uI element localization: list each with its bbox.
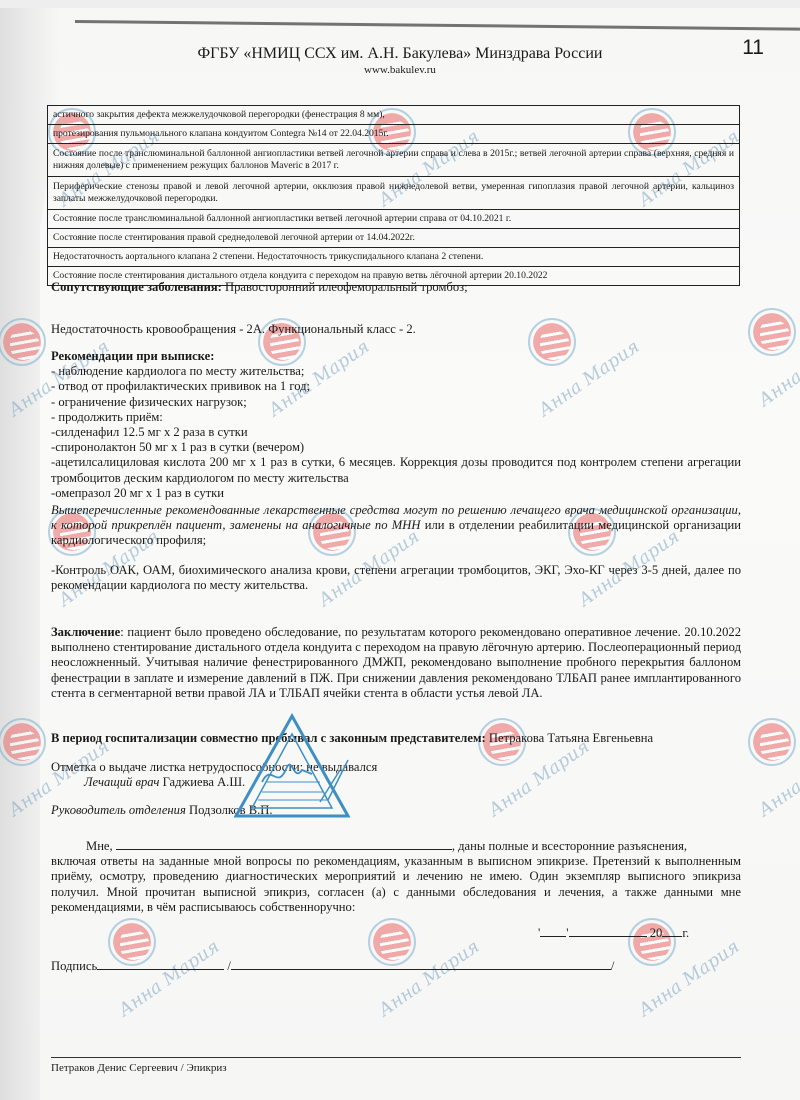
signature-field[interactable]: [97, 957, 224, 970]
table-row: протезирования пульмонального клапана ко…: [48, 125, 740, 144]
attending-doctor-role: Лечащий врач: [84, 775, 159, 789]
date-day-field[interactable]: [540, 924, 566, 937]
table-cell: Периферические стенозы правой и левой ле…: [48, 177, 740, 210]
table-row: Состояние после транслюминальной баллонн…: [48, 144, 740, 177]
department-head: Руководитель отделения Подзолков В.П.: [51, 803, 741, 818]
consent-date: '' 20г.: [538, 924, 758, 941]
recommendation-item: - отвод от профилактических прививок на …: [51, 379, 741, 394]
footer-text: Петраков Денис Сергеевич / Эпикриз: [51, 1062, 227, 1074]
table-row: Недостаточность аортального клапана 2 ст…: [48, 248, 740, 267]
circulatory-failure: Недостаточность кровообращения - 2А. Фун…: [51, 322, 741, 337]
comorbidities-value: Правосторонний илеофеморальный тромбоз;: [222, 280, 468, 294]
date-year-field[interactable]: [662, 924, 682, 937]
watermark-logo-icon: Анна Мария: [620, 908, 684, 998]
watermark-logo-icon: Анна Мария: [740, 298, 800, 388]
table-row: Состояние после стентирования правой сре…: [48, 229, 740, 248]
date-year-prefix: 20: [650, 926, 663, 940]
consent-name-field[interactable]: [116, 837, 452, 850]
recommendation-item: - ограничение физических нагрузок;: [51, 395, 741, 410]
consent-suffix: , даны полные и всесторонние разъяснения…: [452, 839, 687, 853]
signature-line: Подпись //: [51, 957, 741, 974]
footer-divider: [51, 1057, 741, 1058]
official-stamp-icon: [232, 712, 352, 822]
recommendations-section: Рекомендации при выписке: - наблюдение к…: [51, 349, 741, 501]
representative-name: Петракова Татьяна Евгеньевна: [486, 731, 653, 745]
comorbidities: Сопутствующие заболевания: Правосторонни…: [51, 280, 741, 295]
sick-leave-note: Отметка о выдаче листка нетрудоспособнос…: [51, 760, 741, 775]
consent-block: Мне, , даны полные и всесторонние разъяс…: [51, 837, 741, 915]
watermark-logo-icon: Анна Мария: [100, 908, 164, 998]
recommendation-item: - наблюдение кардиолога по месту жительс…: [51, 364, 741, 379]
date-month-field[interactable]: [569, 924, 647, 937]
signature-name-field[interactable]: [231, 957, 611, 970]
table-row: Периферические стенозы правой и левой ле…: [48, 177, 740, 210]
table-cell: Недостаточность аортального клапана 2 ст…: [48, 248, 740, 267]
recommendations-label: Рекомендации при выписке:: [51, 349, 741, 364]
institution-url: www.bakulev.ru: [0, 64, 800, 76]
institution-title: ФГБУ «НМИЦ ССХ им. А.Н. Бакулева» Минздр…: [0, 45, 800, 63]
table-row: астичного закрытия дефекта межжелудочков…: [48, 106, 740, 125]
signature-label: Подпись: [51, 959, 97, 973]
monitoring-note: -Контроль ОАК, ОАМ, биохимического анали…: [51, 563, 741, 593]
table-row: Состояние после транслюминальной баллонн…: [48, 210, 740, 229]
date-suffix: г.: [682, 926, 689, 940]
recommendation-item: -омепразол 20 мг х 1 раз в сутки: [51, 486, 741, 501]
comorbidities-label: Сопутствующие заболевания:: [51, 280, 222, 294]
substitution-note: Вышеперечисленные рекомендованные лекарс…: [51, 503, 741, 549]
recommendation-item: -силденафил 12.5 мг х 2 раза в сутки: [51, 425, 741, 440]
table-cell: Состояние после транслюминальной баллонн…: [48, 210, 740, 229]
consent-prefix: Мне,: [86, 839, 113, 853]
table-cell: Состояние после стентирования правой сре…: [48, 229, 740, 248]
watermark-logo-icon: Анна Мария: [360, 908, 424, 998]
recommendation-item: - продолжить приём:: [51, 410, 741, 425]
attending-doctor: Лечащий врач Гаджиева А.Ш.: [84, 775, 774, 790]
department-head-role: Руководитель отделения: [51, 803, 186, 817]
table-cell: протезирования пульмонального клапана ко…: [48, 125, 740, 144]
conclusion: Заключение: пациент было проведено обсле…: [51, 625, 741, 701]
recommendation-item: -спиронолактон 50 мг х 1 раз в сутки (ве…: [51, 440, 741, 455]
consent-text: включая ответы на заданные мной вопросы …: [51, 854, 741, 915]
representative: В период госпитализации совместно пребыв…: [51, 731, 741, 746]
diagnosis-table: астичного закрытия дефекта межжелудочков…: [47, 105, 740, 286]
conclusion-label: Заключение: [51, 625, 120, 639]
consent-first-line: Мне, , даны полные и всесторонние разъяс…: [51, 837, 741, 854]
conclusion-text: : пациент было проведено обследование, п…: [51, 625, 741, 700]
top-edge-line: [75, 20, 800, 31]
table-cell: астичного закрытия дефекта межжелудочков…: [48, 106, 740, 125]
recommendation-item: -ацетилсалициловая кислота 200 мг х 1 ра…: [51, 455, 741, 485]
table-cell: Состояние после транслюминальной баллонн…: [48, 144, 740, 177]
